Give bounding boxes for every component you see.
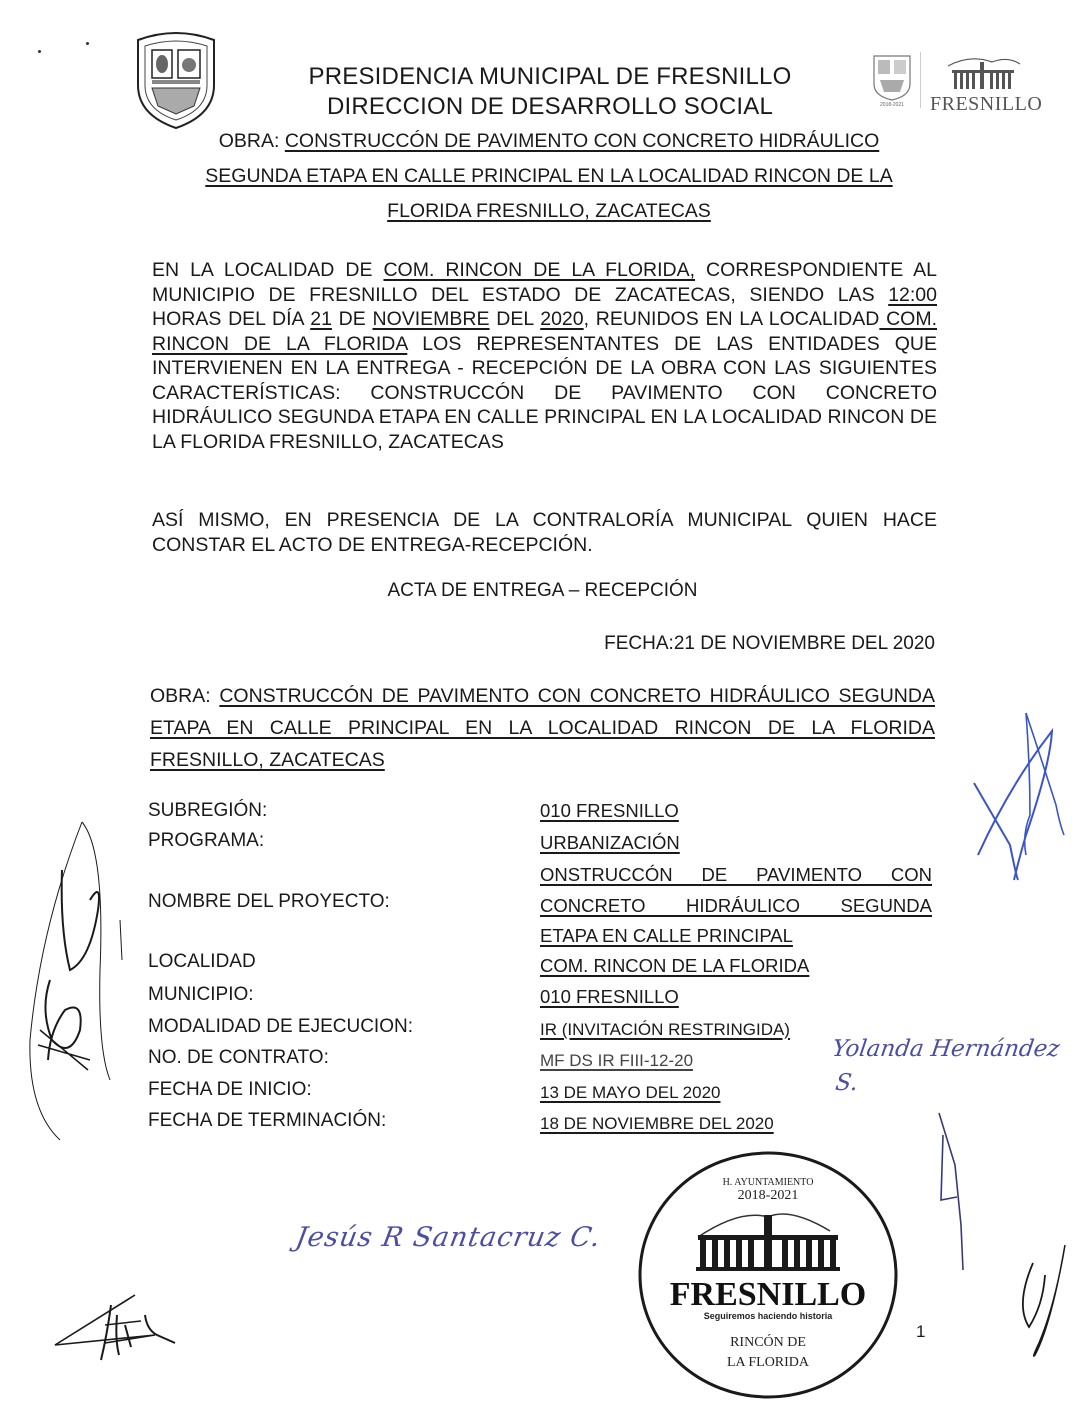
dia-value: 21 <box>310 308 332 330</box>
signature-right-blue <box>960 705 1070 885</box>
svg-text:FRESNILLO: FRESNILLO <box>670 1276 867 1313</box>
acta-title: ACTA DE ENTREGA – RECEPCIÓN <box>150 580 935 602</box>
obra-main: OBRA: CONSTRUCCÓN DE PAVIMENTO CON CONCR… <box>150 680 935 776</box>
header-title-line1: PRESIDENCIA MUNICIPAL DE FRESNILLO <box>200 62 900 92</box>
detail-value-fecha-terminacion: 18 DE NOVIEMBRE DEL 2020 <box>540 1114 932 1134</box>
detail-value-proyecto-1: ONSTRUCCÓN DE PAVIMENTO CON <box>540 864 932 886</box>
obra-main-text: CONSTRUCCÓN DE PAVIMENTO CON CONCRETO HI… <box>150 685 935 771</box>
detail-label-localidad: LOCALIDAD <box>148 951 256 973</box>
detail-label-fecha-terminacion: FECHA DE TERMINACIÓN: <box>148 1110 386 1132</box>
obra-line1: CONSTRUCCÓN DE PAVIMENTO CON CONCRETO HI… <box>285 130 879 152</box>
ayuntamiento-stamp: H. AYUNTAMIENTO 2018-2021 FRESNILLO Segu… <box>630 1145 905 1403</box>
detail-label-municipio: MUNICIPIO: <box>148 984 254 1006</box>
detail-label-modalidad: MODALIDAD DE EJECUCION: <box>148 1016 413 1038</box>
mes-value: NOVIEMBRE <box>373 308 490 330</box>
obra-line2: SEGUNDA ETAPA EN CALLE PRINCIPAL EN LA L… <box>160 159 938 194</box>
fresnillo-logo: FRESNILLO <box>930 52 1040 114</box>
page-header: PRESIDENCIA MUNICIPAL DE FRESNILLO DIREC… <box>200 62 900 122</box>
para-text: DE <box>332 308 373 330</box>
obra-heading: OBRA: CONSTRUCCÓN DE PAVIMENTO CON CONCR… <box>160 124 938 229</box>
scan-speck <box>86 42 89 45</box>
detail-value-subregion: 010 FRESNILLO <box>540 800 932 822</box>
detail-value-proyecto-2: CONCRETO HIDRÁULICO SEGUNDA <box>540 895 932 917</box>
intro-paragraph: EN LA LOCALIDAD DE COM. RINCON DE LA FLO… <box>152 258 937 454</box>
para-text: HORAS DEL DÍA <box>152 308 310 330</box>
detail-value-proyecto-3: ETAPA EN CALLE PRINCIPAL <box>540 925 932 947</box>
svg-text:2018-2021: 2018-2021 <box>738 1188 799 1203</box>
handwritten-name-yolanda: Yolanda Hernández S. <box>825 1032 1062 1100</box>
handwritten-name-jesus: Jesús R Santacruz C. <box>293 1222 603 1253</box>
detail-label-subregion: SUBREGIÓN: <box>148 800 267 822</box>
obra-prefix: OBRA: <box>219 130 285 152</box>
detail-label-fecha-inicio: FECHA DE INICIO: <box>148 1079 312 1101</box>
header-divider <box>920 52 921 108</box>
header-title-line2: DIRECCION DE DESARROLLO SOCIAL <box>200 92 900 122</box>
signature-right-lower <box>925 1105 1075 1385</box>
page-number: 1 <box>916 1322 925 1342</box>
svg-text:RINCÓN DE: RINCÓN DE <box>730 1333 806 1350</box>
handwritten-line2: S. <box>825 1066 1057 1100</box>
para-text: DEL <box>490 308 541 330</box>
svg-text:2018-2021: 2018-2021 <box>880 102 904 108</box>
detail-label-contrato: NO. DE CONTRATO: <box>148 1047 329 1069</box>
hora-value: 12:00 <box>888 284 937 306</box>
detail-value-programa: URBANIZACIÓN <box>540 832 932 854</box>
detail-value-municipio: 010 FRESNILLO <box>540 986 932 1008</box>
handwritten-line1: Yolanda Hernández <box>830 1032 1062 1066</box>
ayuntamiento-crest-icon: 2018-2021 <box>870 52 914 108</box>
fecha-line: FECHA:21 DE NOVIEMBRE DEL 2020 <box>150 633 935 655</box>
localidad-value: COM. RINCON DE LA FLORIDA, <box>383 259 695 281</box>
para-text: EN LA LOCALIDAD DE <box>152 259 383 281</box>
obra-main-prefix: OBRA: <box>150 685 219 707</box>
contraloria-paragraph: ASÍ MISMO, EN PRESENCIA DE LA CONTRALORÍ… <box>152 508 937 557</box>
signature-left-margin <box>10 810 130 1150</box>
svg-text:Seguiremos haciendo historia: Seguiremos haciendo historia <box>704 1311 834 1321</box>
svg-text:LA FLORIDA: LA FLORIDA <box>727 1355 810 1370</box>
fresnillo-logo-text: FRESNILLO <box>930 93 1040 116</box>
scan-speck <box>38 50 41 53</box>
obra-line3: FLORIDA FRESNILLO, ZACATECAS <box>160 194 938 229</box>
detail-label-proyecto: NOMBRE DEL PROYECTO: <box>148 891 390 913</box>
fresnillo-building-icon <box>930 52 1040 92</box>
para-text: , REUNIDOS EN LA LOCALIDAD <box>584 308 880 330</box>
anio-value: 2020 <box>540 308 583 330</box>
svg-text:H. AYUNTAMIENTO: H. AYUNTAMIENTO <box>723 1177 814 1188</box>
detail-label-programa: PROGRAMA: <box>148 830 264 852</box>
detail-value-localidad: COM. RINCON DE LA FLORIDA <box>540 955 932 977</box>
signature-bottom-left <box>45 1285 185 1365</box>
